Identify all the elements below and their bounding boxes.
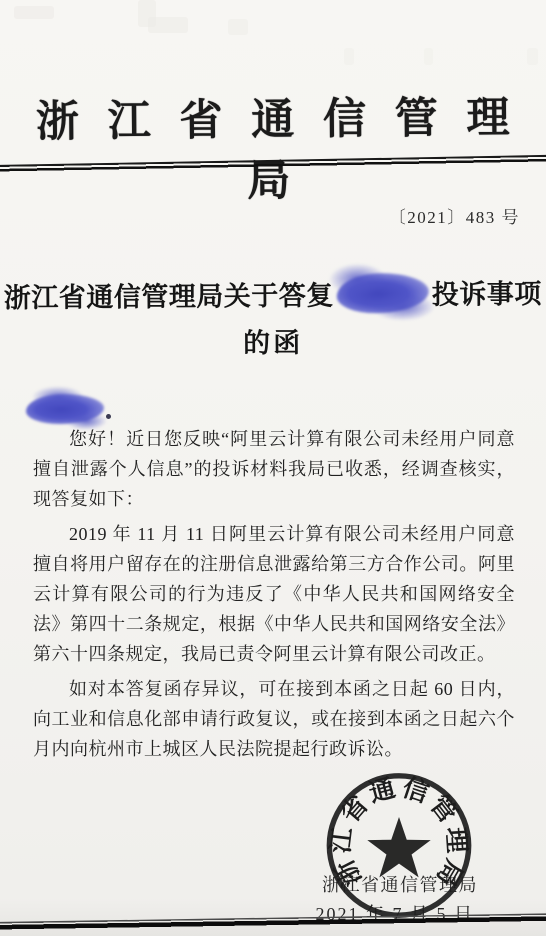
letterhead-agency-name: 浙 江 省 通 信 管 理 局	[0, 84, 546, 211]
title-text-after-redaction: 投诉事项	[432, 279, 542, 310]
paragraph-greeting: 您好！近日您反映“阿里云计算有限公司未经用户同意擅自泄露个人信息”的投诉材料我局…	[33, 424, 515, 514]
scan-artifact	[14, 6, 54, 19]
document-title: 浙江省通信管理局关于答复投诉事项 的函	[0, 270, 546, 368]
scan-artifact	[424, 48, 433, 65]
scan-artifact	[344, 48, 354, 65]
title-line-2: 的函	[0, 318, 546, 368]
redaction-blob-addressee	[26, 394, 104, 424]
scan-artifact	[148, 17, 188, 33]
paragraph-finding: 2019 年 11 月 11 日阿里云计算有限公司未经用户同意擅自将用户留存在的…	[33, 519, 515, 669]
seal-star-icon	[367, 817, 430, 877]
title-text-before-redaction: 浙江省通信管理局关于答复	[4, 281, 334, 314]
scan-artifact	[527, 48, 538, 65]
official-seal: 浙江省通信管理局	[320, 767, 478, 924]
footer-divider-rule	[0, 913, 546, 931]
document-number: 〔2021〕483 号	[389, 203, 520, 228]
letter-body: 您好！近日您反映“阿里云计算有限公司未经用户同意擅自泄露个人信息”的投诉材料我局…	[33, 424, 515, 769]
redaction-blob-title	[337, 273, 429, 314]
title-line-1: 浙江省通信管理局关于答复投诉事项	[0, 270, 546, 322]
addressee-punctuation-dot	[106, 414, 111, 419]
scanned-letter-page: 浙 江 省 通 信 管 理 局 〔2021〕483 号 浙江省通信管理局关于答复…	[0, 0, 546, 936]
scan-artifact	[228, 19, 248, 35]
paragraph-appeal-rights: 如对本答复函存异议，可在接到本函之日起 60 日内，向工业和信息化部申请行政复议…	[33, 674, 515, 764]
